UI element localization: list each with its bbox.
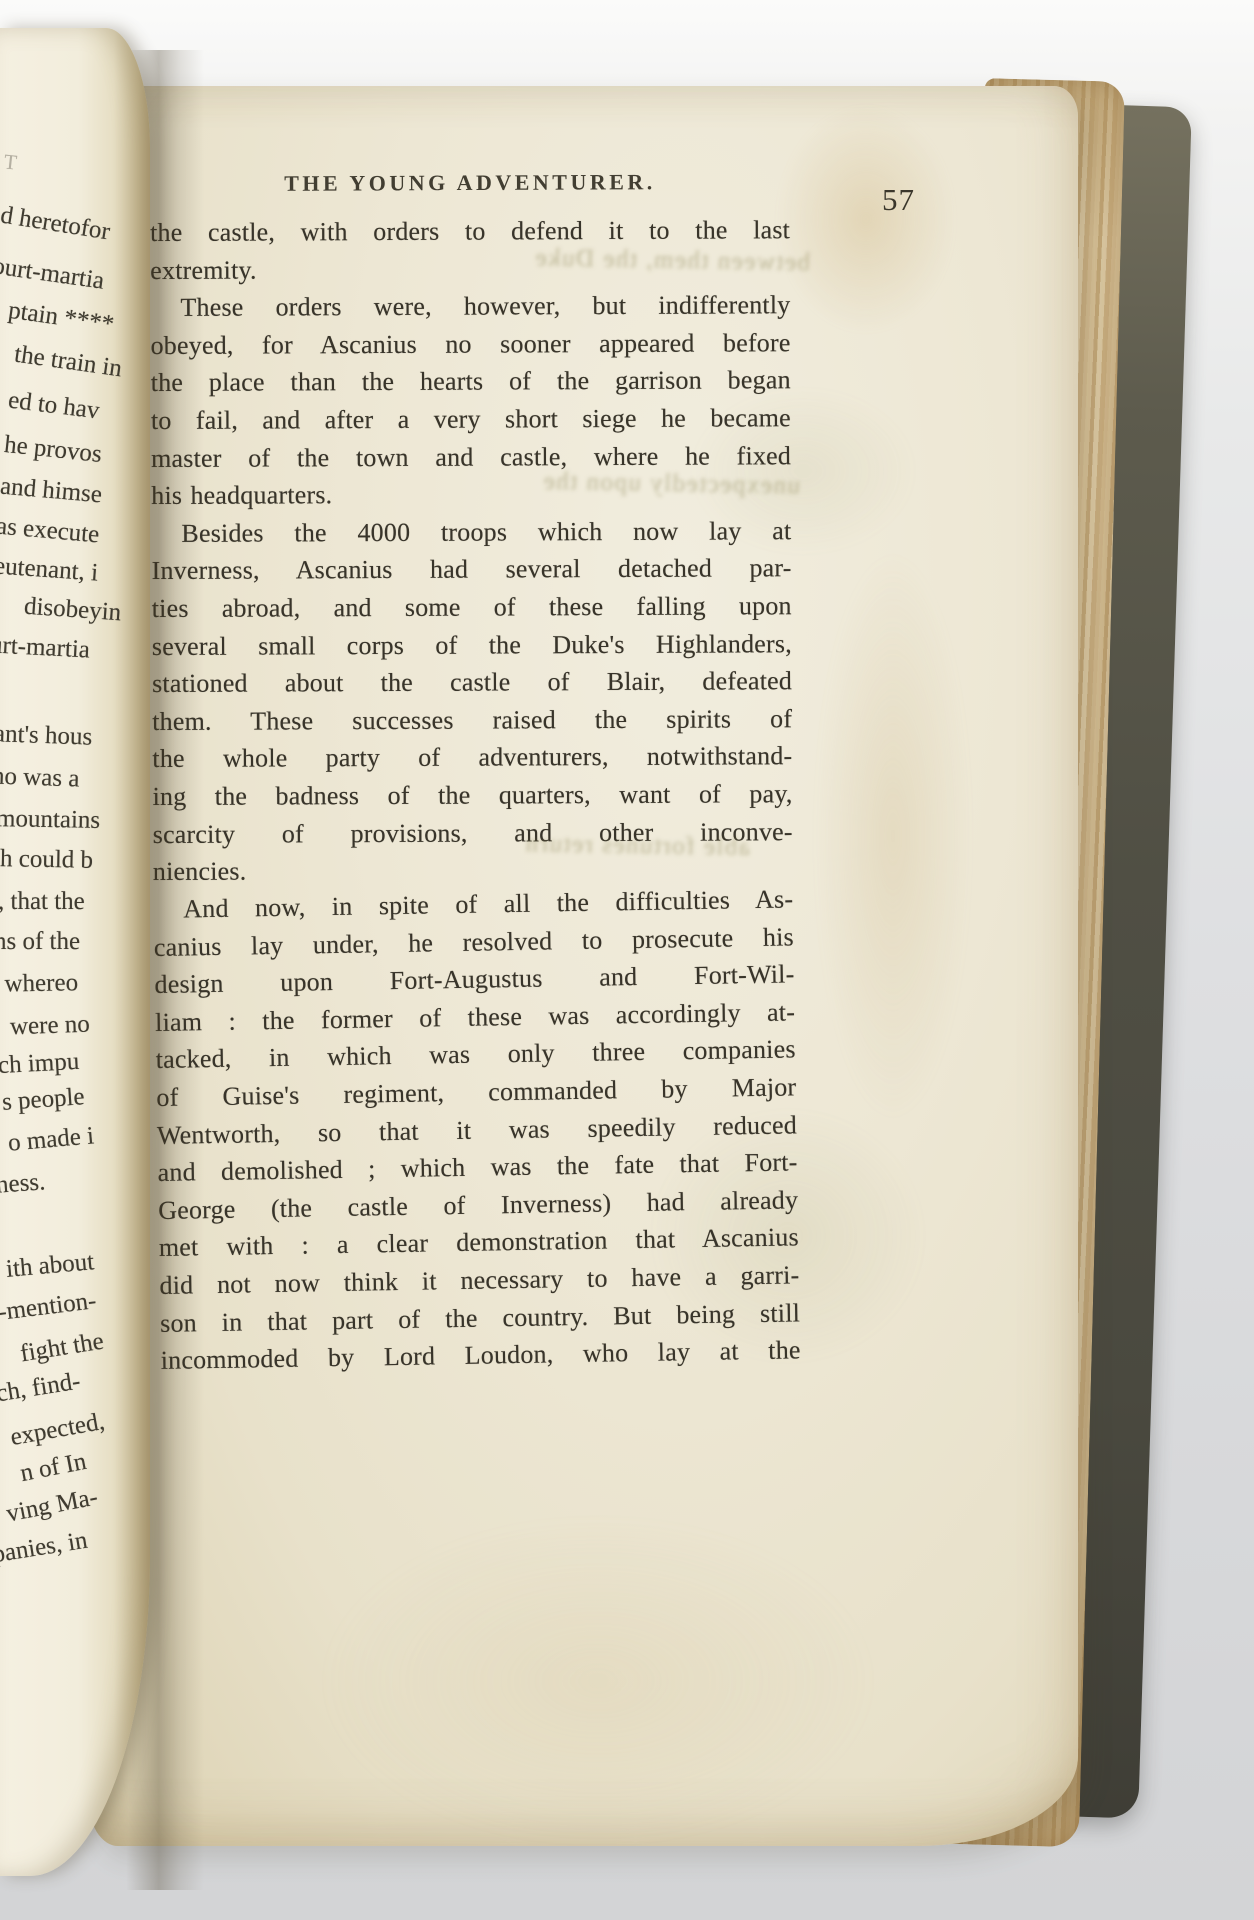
facing-page-text-fragment: ed to hav [7,387,101,426]
facing-page-text-fragment: the train in [13,341,124,384]
facing-page-text-fragment: he provos [3,431,103,469]
facing-page-text-fragment: s people [1,1083,85,1117]
text-line: stationed about the castle of Blair, def… [152,662,792,702]
facing-page-text-fragment: and himse [0,473,103,510]
facing-page-text-fragment: ant's hous [0,720,93,751]
facing-page-text-fragment: d heretofor [0,202,112,247]
facing-page-text-fragment: as execute [0,513,100,550]
facing-page-text-fragment: expected, [8,1408,107,1452]
facing-page-text-fragment: disobeyin [23,593,122,628]
facing-page-text-fragment: , that the [0,888,85,916]
text-line: Besides the 4000 troops which now lay at [151,512,791,552]
facing-page-text-fragment: , whereo [0,969,78,998]
facing-page-text-fragment: ch impu [0,1048,80,1080]
facing-page-text-fragment: eutenant, i [0,552,99,587]
facing-page-edge: Td heretoforourt-martiaptain ****the tra… [0,28,150,1876]
text-line: them. These successes raised the spirits… [152,700,792,740]
facing-page-text-fragment: ho was a [0,762,80,793]
stain [318,1516,878,1846]
text-block: the castle, with orders to defend it to … [150,211,795,1379]
facing-page-text-fragment: ness. [0,1168,46,1199]
text-line: to fail, and after a very short siege he… [151,399,791,439]
stain [818,556,968,1116]
facing-page-text-fragment: -mention- [0,1287,98,1327]
paragraph: And now, in spite of all the difficultie… [153,880,801,1379]
facing-page-text-fragment: n of In [18,1448,89,1488]
facing-page-text-fragment: o made i [7,1122,95,1157]
text-line: These orders were, however, but indiffer… [150,286,790,326]
text-line: ing the badness of the quarters, want of… [152,775,792,815]
facing-page-text-fragment: h could b [0,845,93,875]
facing-page-text-fragment: ourt-martia [0,252,106,295]
stain [776,104,956,334]
running-head: THE YOUNG ADVENTURER. [150,169,790,198]
facing-page-text-fragment: ns of the [0,928,80,956]
facing-page-text-fragment: mountains [0,805,100,835]
facing-page-text-fragment: fight the [18,1328,105,1369]
facing-page-text-fragment: ptain **** [7,297,116,340]
facing-page-text-fragment: ch, find- [0,1368,82,1409]
book-page: THE YOUNG ADVENTURER. 57 the castle, wit… [88,86,1078,1846]
facing-page-text-fragment: urt-martia [0,631,91,664]
facing-page-text-fragment: ith about [5,1248,95,1284]
facing-page-text-fragment: ving Ma- [4,1483,100,1528]
text-line: several small corps of the Duke's Highla… [152,625,792,665]
facing-page-text-fragment: T [3,149,18,175]
text-line: the place than the hearts of the garriso… [151,362,791,402]
text-line: obeyed, for Ascanius no sooner appeared … [150,324,790,364]
facing-page-text-fragment: panies, in [0,1527,89,1570]
text-line: the whole party of adventurers, notwiths… [152,738,792,778]
facing-page-text-fragment: were no [10,1011,91,1042]
text-line: Inverness, Ascanius had several detached… [151,550,791,590]
text-line: ties abroad, and some of these falling u… [152,587,792,627]
page-number: 57 [882,182,915,218]
